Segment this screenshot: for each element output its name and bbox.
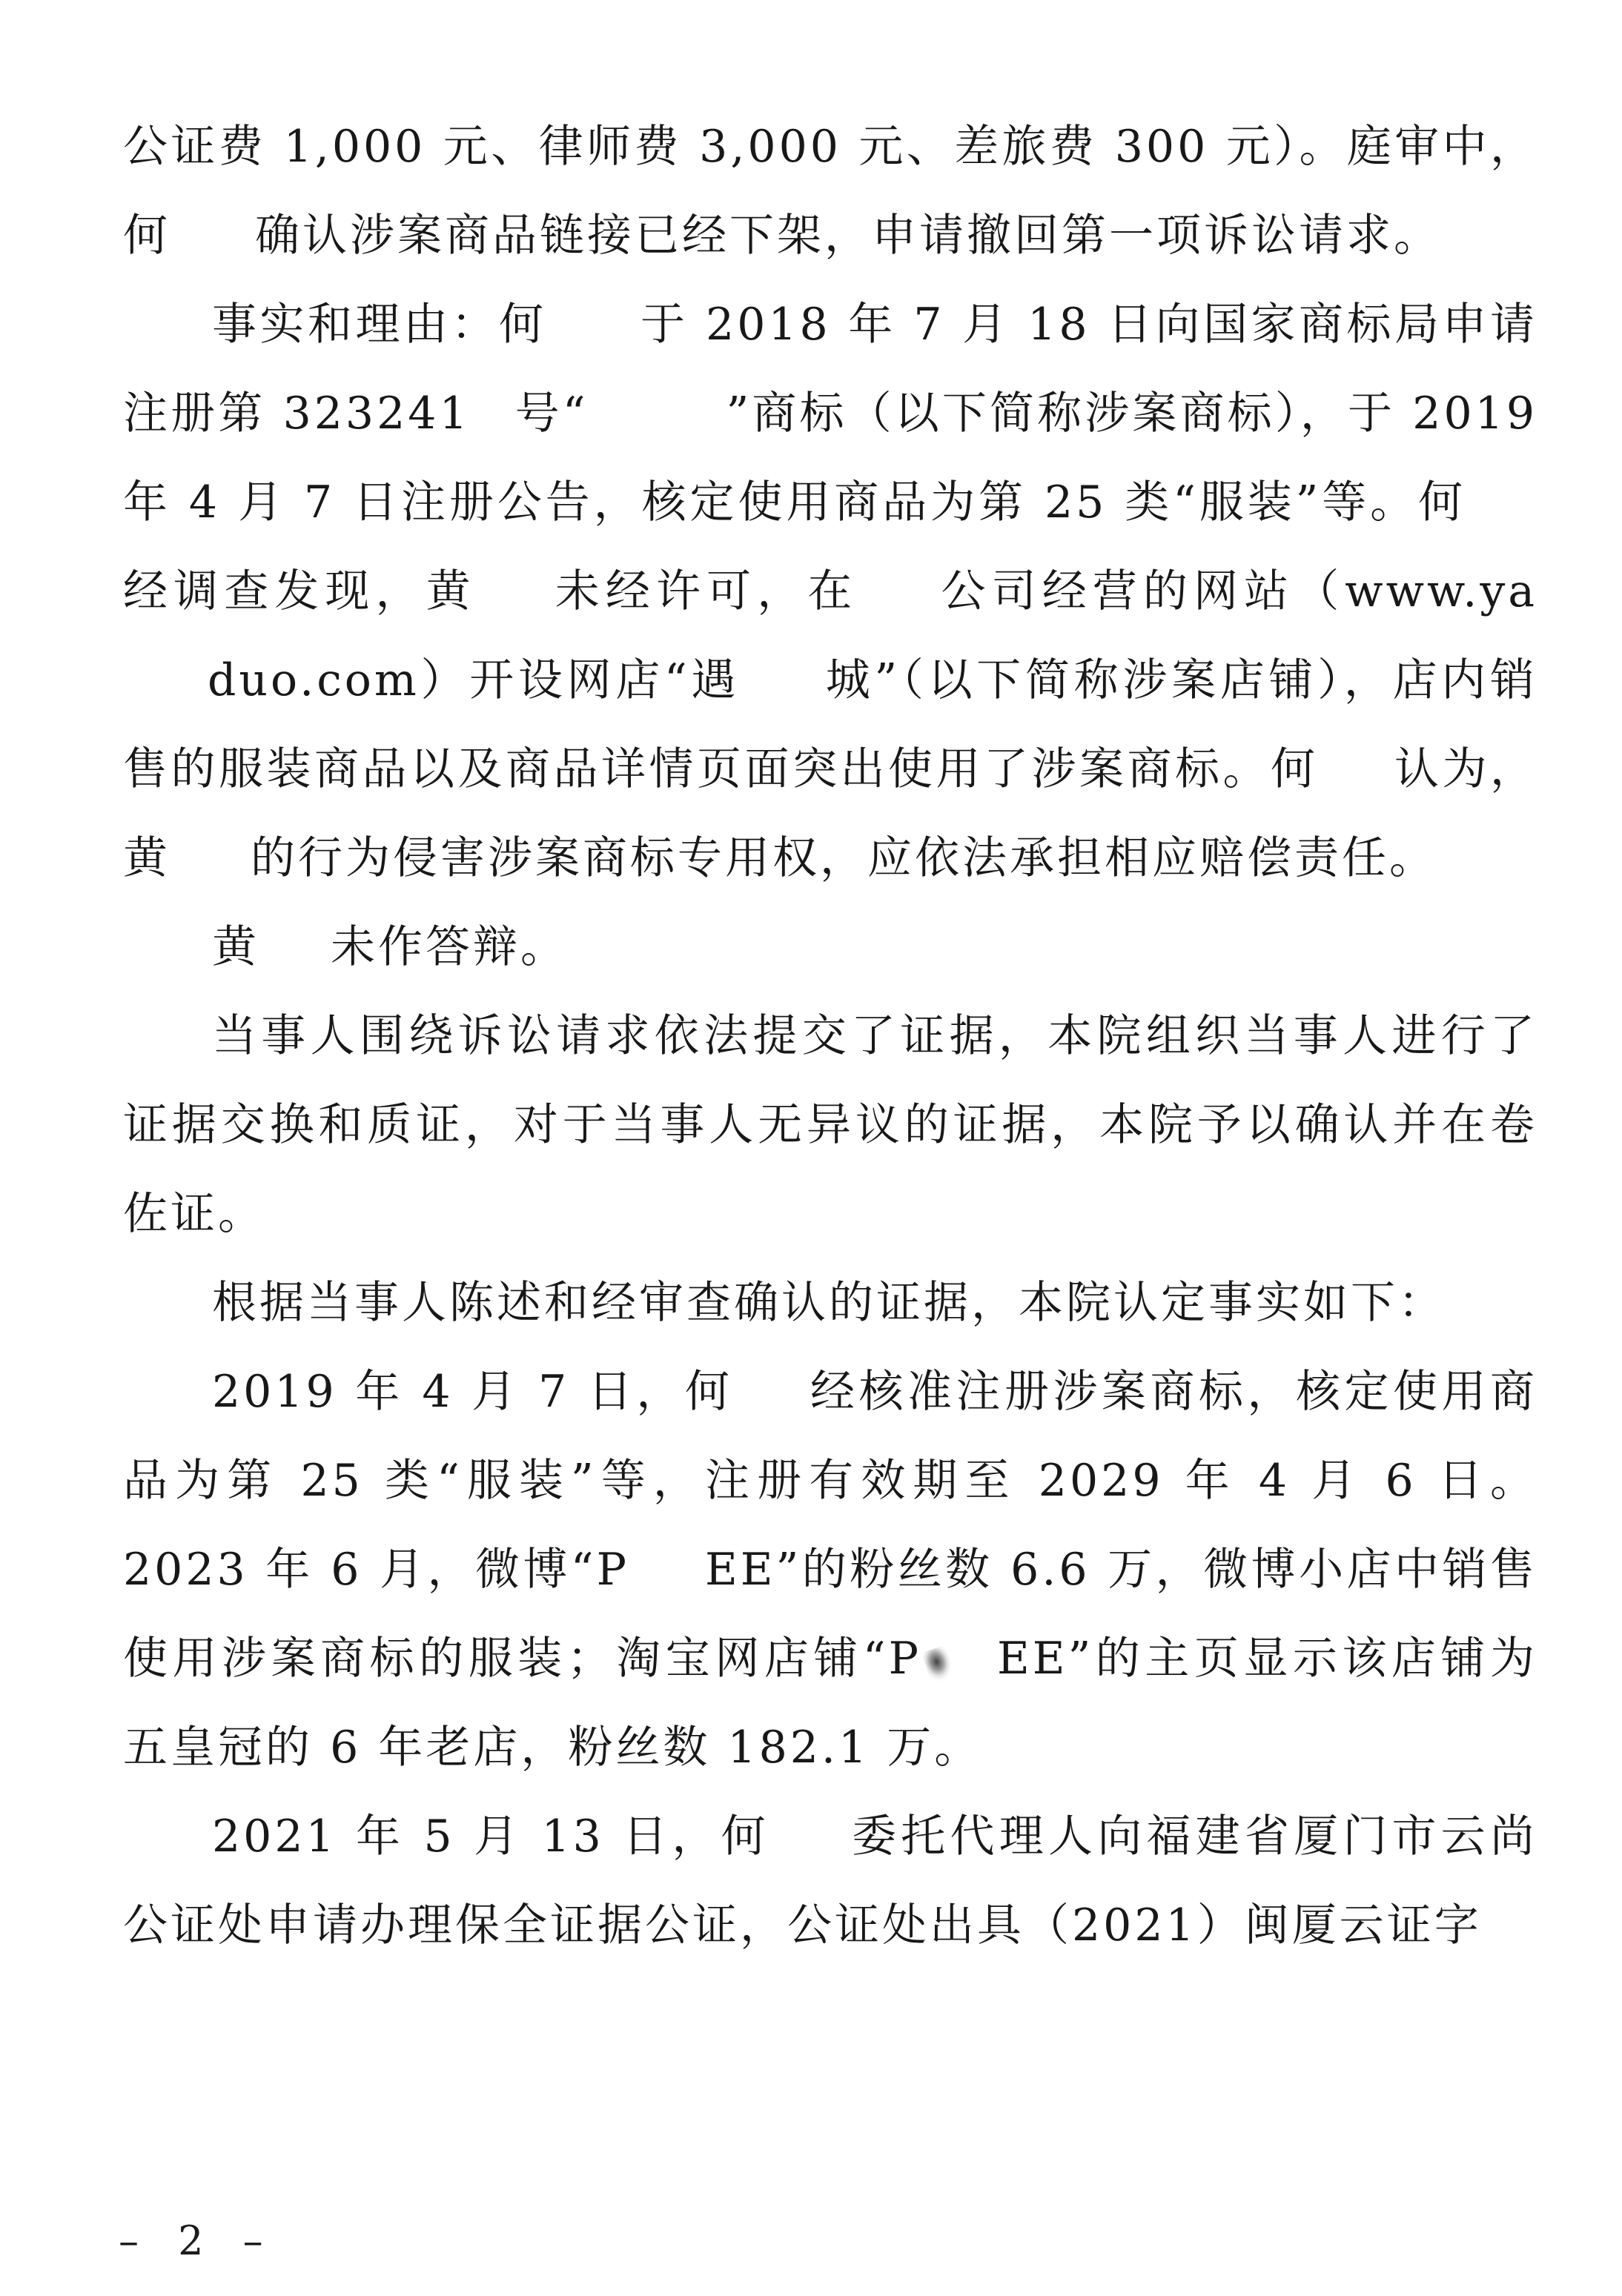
redaction-gap [740,663,824,700]
text-run: 号“ [515,388,589,439]
redaction-gap [259,929,331,967]
paragraph: 2019 年 4 月 7 日，何经核准注册涉案商标，核定使用商品为第 25 类“… [123,1347,1537,1792]
paragraph: 公证费 1,000 元、律师费 3,000 元、差旅费 300 元）。庭审中，何… [123,102,1537,280]
paragraph: 根据当事人陈述和经审查确认的证据，本院认定事实如下： [123,1258,1537,1347]
redaction-gap [171,840,251,878]
text-run: 确认涉案商品链接已经下架，申请撤回第一项诉讼请求。 [255,210,1441,262]
paragraph: 黄未作答辩。 [123,903,1537,992]
text-run: 2019 年 4 月 7 日，何 [212,1366,733,1418]
text-run: 黄 [212,921,259,973]
text-run: 未经许可，在 [552,565,858,617]
redaction-gap [471,396,515,434]
redaction-gap [858,574,938,611]
redaction-gap [1466,485,1537,522]
document-page: 公证费 1,000 元、律师费 3,000 元、差旅费 300 元）。庭审中，何… [0,0,1622,2296]
page-number: – 2 – [119,2217,277,2264]
document-body: 公证费 1,000 元、律师费 3,000 元、差旅费 300 元）。庭审中，何… [123,102,1537,1970]
redaction-gap [546,307,640,345]
text-run: 事实和理由：何 [212,299,546,351]
redaction-smudge [921,1641,997,1679]
text-run: 的行为侵害涉案商标专用权，应依法承担相应赔偿责任。 [251,832,1437,884]
text-run: 未作答辩。 [331,921,568,973]
redaction-gap [629,1552,705,1590]
redaction-gap [123,663,208,700]
paragraph: 当事人围绕诉讼请求依法提交了证据，本院组织当事人进行了证据交换和质证，对于当事人… [123,992,1537,1258]
page-footer: – 2 – [119,2217,277,2264]
text-run: 2021 年 5 月 13 日，何 [212,1811,770,1862]
text-run: 根据当事人陈述和经审查确认的证据，本院认定事实如下： [212,1277,1446,1329]
redaction-gap [733,1374,809,1412]
redaction-gap [171,218,255,256]
redaction-gap [770,1819,850,1857]
redaction-gap [477,574,552,611]
redaction-gap [1319,751,1394,789]
text-run: duo.com）开设网店“遇 [208,654,740,706]
paragraph: 事实和理由：何于 2018 年 7 月 18 日向国家商标局申请注册第 3232… [123,280,1537,903]
paragraph: 2021 年 5 月 13 日，何委托代理人向福建省厦门市云尚公证处申请办理保全… [123,1792,1537,1970]
redaction-gap [589,396,726,434]
text-run: 公司经营的网站（www.ya [938,565,1537,617]
text-run: 当事人围绕诉讼请求依法提交了证据，本院组织当事人进行了证据交换和质证，对于当事人… [123,1010,1537,1240]
text-run: 经调查发现，黄 [123,565,477,617]
